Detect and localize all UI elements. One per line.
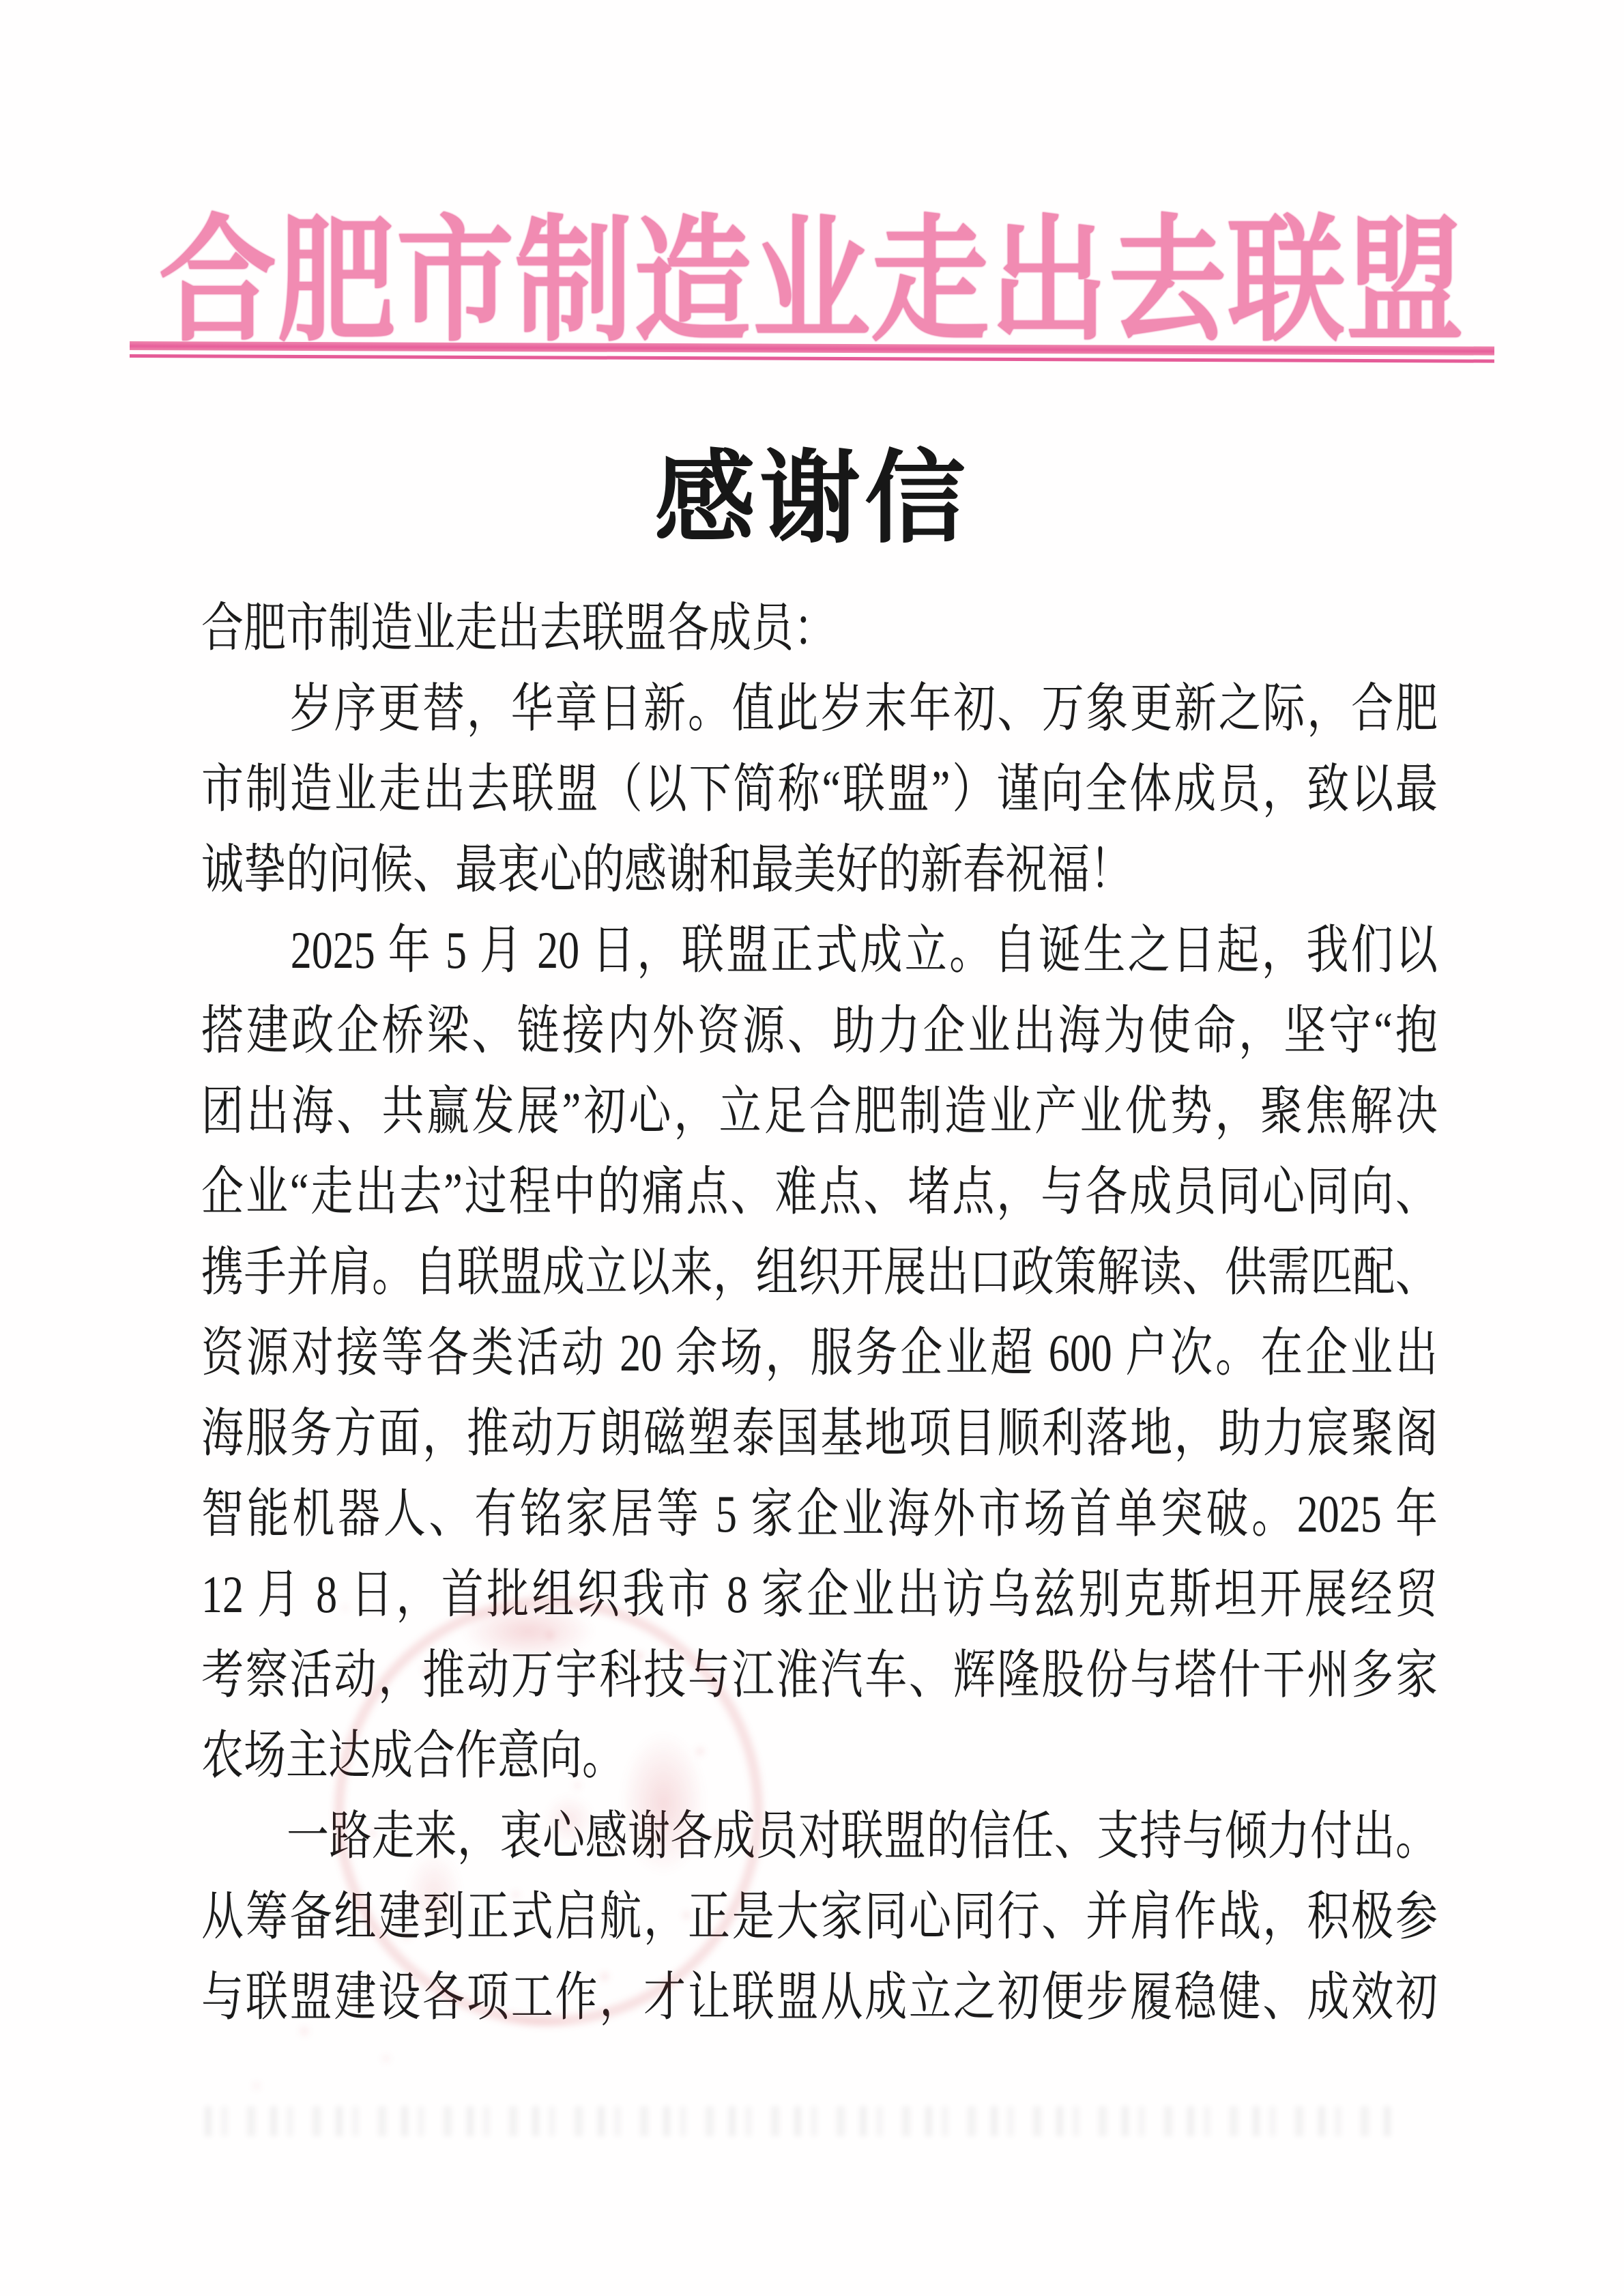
letterhead-org-title: 合肥市制造业走出去联盟	[0, 172, 1624, 368]
document-title: 感谢信	[0, 418, 1624, 562]
scanned-letter-page: 合肥市制造业走出去联盟 感谢信 合肥市制造业走出去联盟各成员： 岁序更替，华章日…	[0, 0, 1624, 2296]
letter-body: 合肥市制造业走出去联盟各成员： 岁序更替，华章日新。值此岁末年初、万象更新之际，…	[201, 588, 1438, 2038]
body-line: 与联盟建设各项工作，才让联盟从成立之初便步履稳健、成效初	[201, 1947, 1438, 2048]
reverse-page-ghost-text	[205, 2106, 1392, 2136]
